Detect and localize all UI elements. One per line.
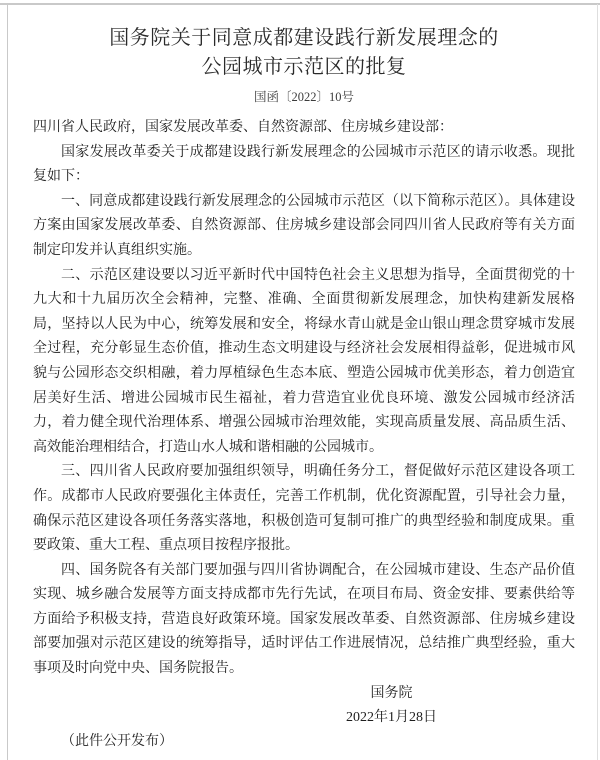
paragraph-item-2: 二、示范区建设要以习近平新时代中国特色社会主义思想为指导，全面贯彻党的十九大和十… bbox=[33, 264, 575, 461]
paragraph-intro: 国家发展改革委关于成都建设践行新发展理念的公园城市示范区的请示收悉。现批复如下： bbox=[33, 141, 575, 190]
paragraph-item-4: 四、国务院各有关部门要加强与四川省协调配合，在公园城市建设、生态产品价值实现、城… bbox=[33, 559, 575, 682]
document-page: 国务院关于同意成都建设践行新发展理念的 公园城市示范区的批复 国函〔2022〕1… bbox=[0, 0, 600, 760]
signature-issuer: 国务院 bbox=[346, 682, 437, 706]
document-content: 国务院关于同意成都建设践行新发展理念的 公园城市示范区的批复 国函〔2022〕1… bbox=[0, 0, 600, 760]
document-title-line-2: 公园城市示范区的批复 bbox=[33, 53, 575, 82]
document-body: 四川省人民政府，国家发展改革委、自然资源部、住房城乡建设部： 国家发展改革委关于… bbox=[33, 116, 575, 754]
salutation: 四川省人民政府，国家发展改革委、自然资源部、住房城乡建设部： bbox=[33, 116, 575, 141]
document-number: 国函〔2022〕10号 bbox=[33, 87, 575, 107]
document-title-line-1: 国务院关于同意成都建设践行新发展理念的 bbox=[33, 24, 575, 53]
paragraph-item-1: 一、同意成都建设践行新发展理念的公园城市示范区（以下简称示范区）。具体建设方案由… bbox=[33, 190, 575, 264]
release-note: （此件公开发布） bbox=[33, 730, 575, 754]
signature-block: 国务院 2022年1月28日 bbox=[346, 682, 437, 730]
paragraph-item-3: 三、四川省人民政府要加强组织领导，明确任务分工，督促做好示范区建设各项工作。成都… bbox=[33, 460, 575, 558]
signature-date: 2022年1月28日 bbox=[346, 706, 437, 730]
